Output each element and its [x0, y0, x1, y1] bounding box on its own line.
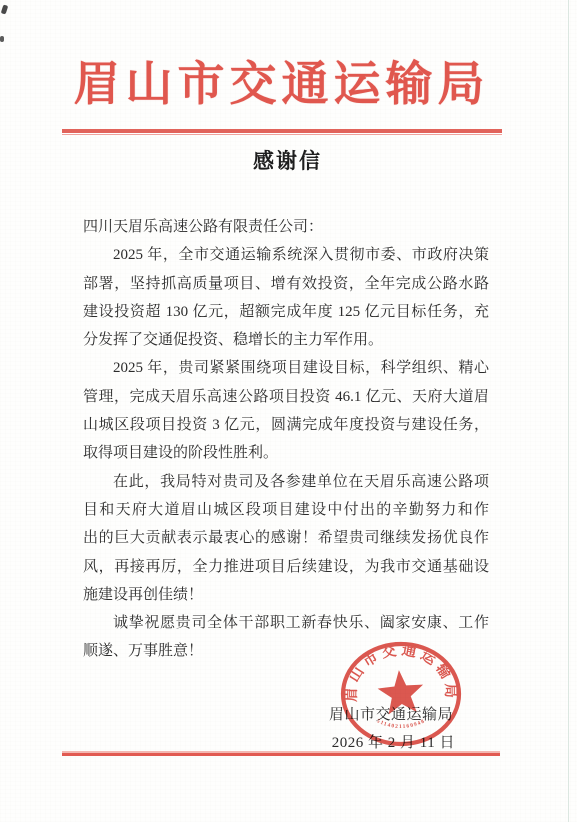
body-line: 施建设再创佳绩！: [83, 581, 489, 609]
footer-rule: [62, 751, 500, 756]
body-line: 建设投资超 130 亿元，超额完成年度 125 亿元目标任务，充: [83, 298, 489, 326]
official-seal: 眉山市交通运输局 5114021160948: [336, 637, 466, 751]
body-line: 管理，完成天眉乐高速公路项目投资 46.1 亿元、天府大道眉: [83, 383, 489, 411]
letter-title: 感谢信: [0, 145, 577, 175]
body-line: 风，再接再厉，全力推进项目后续建设，为我市交通基础设: [83, 553, 489, 581]
letterhead-rule: [62, 129, 502, 135]
body-line: 部署，坚持抓高质量项目、增有效投资，全年完成公路水路: [83, 270, 489, 298]
body-line: 2025 年，贵司紧紧围绕项目建设目标，科学组织、精心: [83, 354, 489, 382]
scan-page-edge: [568, 0, 569, 822]
body-line: 诚挚祝愿贵司全体干部职工新春快乐、阖家安康、工作: [83, 609, 489, 637]
body-line: 取得项目建设的阶段性胜利。: [83, 439, 489, 467]
body-line: 山城区段项目投资 3 亿元，圆满完成年度投资与建设任务，: [83, 411, 489, 439]
scanned-letter-page: 眉山市交通运输局 感谢信 四川天眉乐高速公路有限责任公司：2025 年，全市交通…: [0, 0, 577, 822]
scan-artifact: [1, 4, 9, 14]
star-icon: [376, 668, 425, 715]
body-line: 出的巨大贡献表示最衷心的感谢！希望贵司继续发扬优良作: [83, 524, 489, 552]
body-line: 分发挥了交通促投资、稳增长的主力军作用。: [83, 326, 489, 354]
body-line: 目和天府大道眉山城区段项目建设中付出的辛勤努力和作: [83, 496, 489, 524]
letter-body: 四川天眉乐高速公路有限责任公司：2025 年，全市交通运输系统深入贯彻市委、市政…: [83, 213, 489, 666]
seal-code: 5114021160948: [376, 718, 427, 730]
body-line: 在此，我局特对贵司及各参建单位在天眉乐高速公路项: [83, 468, 489, 496]
scan-artifact: [0, 36, 4, 42]
body-line: 2025 年，全市交通运输系统深入贯彻市委、市政府决策: [83, 241, 489, 269]
letterhead-org-name: 眉山市交通运输局: [0, 60, 577, 112]
body-line: 四川天眉乐高速公路有限责任公司：: [83, 213, 489, 241]
